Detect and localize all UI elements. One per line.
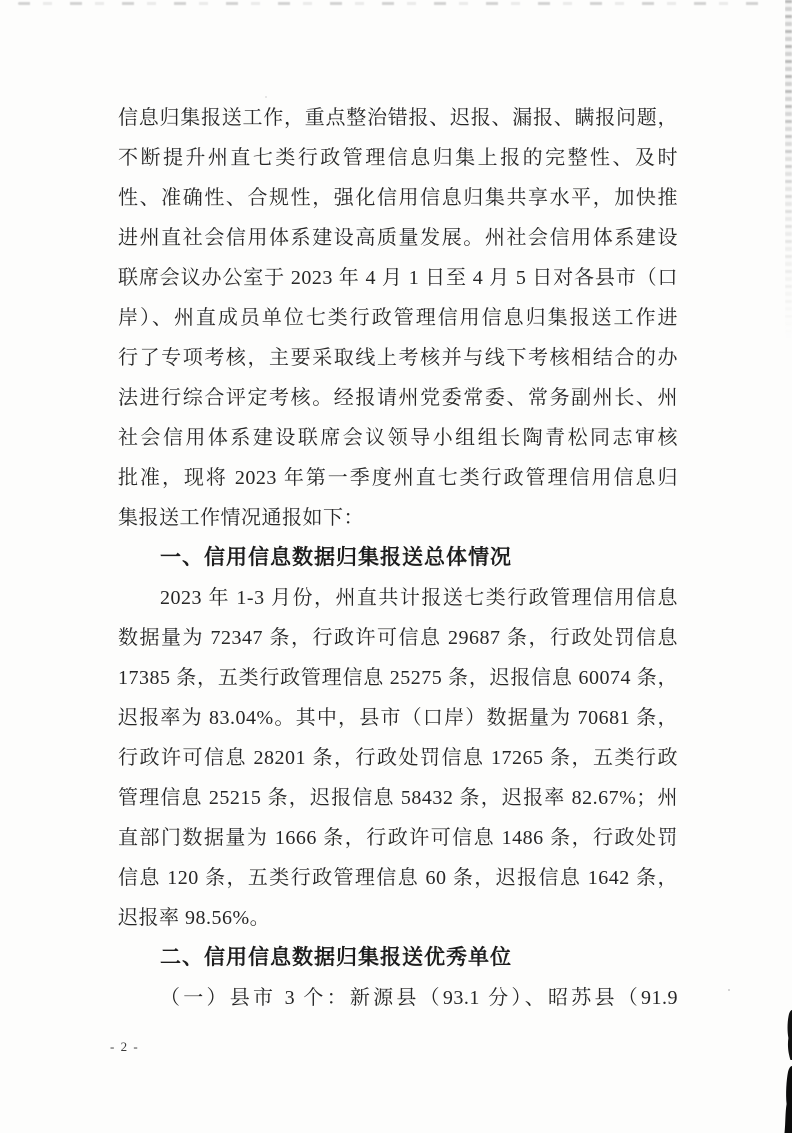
document-line: 批准，现将 2023 年第一季度州直七类行政管理信用信息归	[118, 458, 678, 498]
scan-speck	[728, 989, 730, 991]
document-line: 不断提升州直七类行政管理信息归集上报的完整性、及时	[118, 138, 678, 178]
document-line: 2023 年 1-3 月份，州直共计报送七类行政管理信用信息	[118, 578, 678, 618]
document-line: （一）县市 3 个：新源县（93.1 分）、昭苏县（91.9	[118, 978, 678, 1018]
scanned-document-page: 信息归集报送工作，重点整治错报、迟报、漏报、瞒报问题， 不断提升州直七类行政管理…	[0, 0, 792, 1133]
document-line: 信息归集报送工作，重点整治错报、迟报、漏报、瞒报问题，	[118, 98, 678, 138]
document-line: 社会信用体系建设联席会议领导小组组长陶青松同志审核	[118, 418, 678, 458]
document-body: 信息归集报送工作，重点整治错报、迟报、漏报、瞒报问题， 不断提升州直七类行政管理…	[118, 98, 678, 1018]
document-line: 迟报率 98.56%。	[118, 898, 678, 938]
section-1-heading: 一、信用信息数据归集报送总体情况	[118, 538, 678, 578]
document-line: 信息 120 条，五类行政管理信息 60 条，迟报信息 1642 条，	[118, 858, 678, 898]
document-line: 岸）、州直成员单位七类行政管理信用信息归集报送工作进	[118, 298, 678, 338]
document-line: 迟报率为 83.04%。其中，县市（口岸）数据量为 70681 条，	[118, 698, 678, 738]
document-line: 行政许可信息 28201 条，行政处罚信息 17265 条，五类行政	[118, 738, 678, 778]
document-line: 性、准确性、合规性，强化信用信息归集共享水平，加快推	[118, 178, 678, 218]
section-2-heading: 二、信用信息数据归集报送优秀单位	[118, 938, 678, 978]
document-line: 联席会议办公室于 2023 年 4 月 1 日至 4 月 5 日对各县市（口	[118, 258, 678, 298]
document-line: 集报送工作情况通报如下：	[118, 498, 678, 538]
document-line: 管理信息 25215 条，迟报信息 58432 条，迟报率 82.67%；州	[118, 778, 678, 818]
document-line: 数据量为 72347 条，行政许可信息 29687 条，行政处罚信息	[118, 618, 678, 658]
document-line: 行了专项考核，主要采取线上考核并与线下考核相结合的办	[118, 338, 678, 378]
page-number: - 2 -	[110, 1037, 139, 1057]
scan-top-edge-artifact	[18, 2, 762, 5]
scan-bottom-right-blob	[782, 1008, 792, 1133]
document-line: 直部门数据量为 1666 条，行政许可信息 1486 条，行政处罚	[118, 818, 678, 858]
document-line: 进州直社会信用体系建设高质量发展。州社会信用体系建设	[118, 218, 678, 258]
scan-right-edge-artifact	[785, 0, 792, 340]
document-line: 17385 条，五类行政管理信息 25275 条，迟报信息 60074 条，	[118, 658, 678, 698]
document-line: 法进行综合评定考核。经报请州党委常委、常务副州长、州	[118, 378, 678, 418]
